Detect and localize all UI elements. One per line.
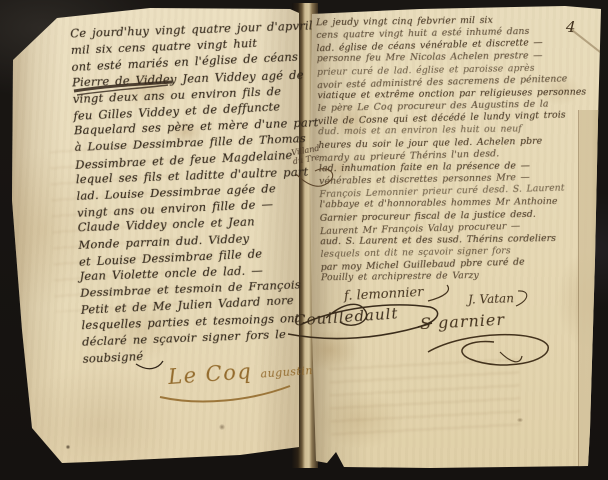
signature-lecoq-suffix: augustin — [260, 364, 313, 381]
signature-vatan: J. Vatan — [468, 291, 514, 307]
right-page-text: Le jeudy vingt cinq febvrier mil sixcens… — [316, 13, 603, 286]
manuscript-scan: Ce jourd'huy vingt quatre jour d'apvrilm… — [0, 0, 608, 480]
folio-number: 4 — [566, 18, 576, 36]
ink-bleedthrough — [329, 355, 522, 440]
left-page-text: Ce jourd'huy vingt quatre jour d'apvrilm… — [70, 17, 325, 366]
